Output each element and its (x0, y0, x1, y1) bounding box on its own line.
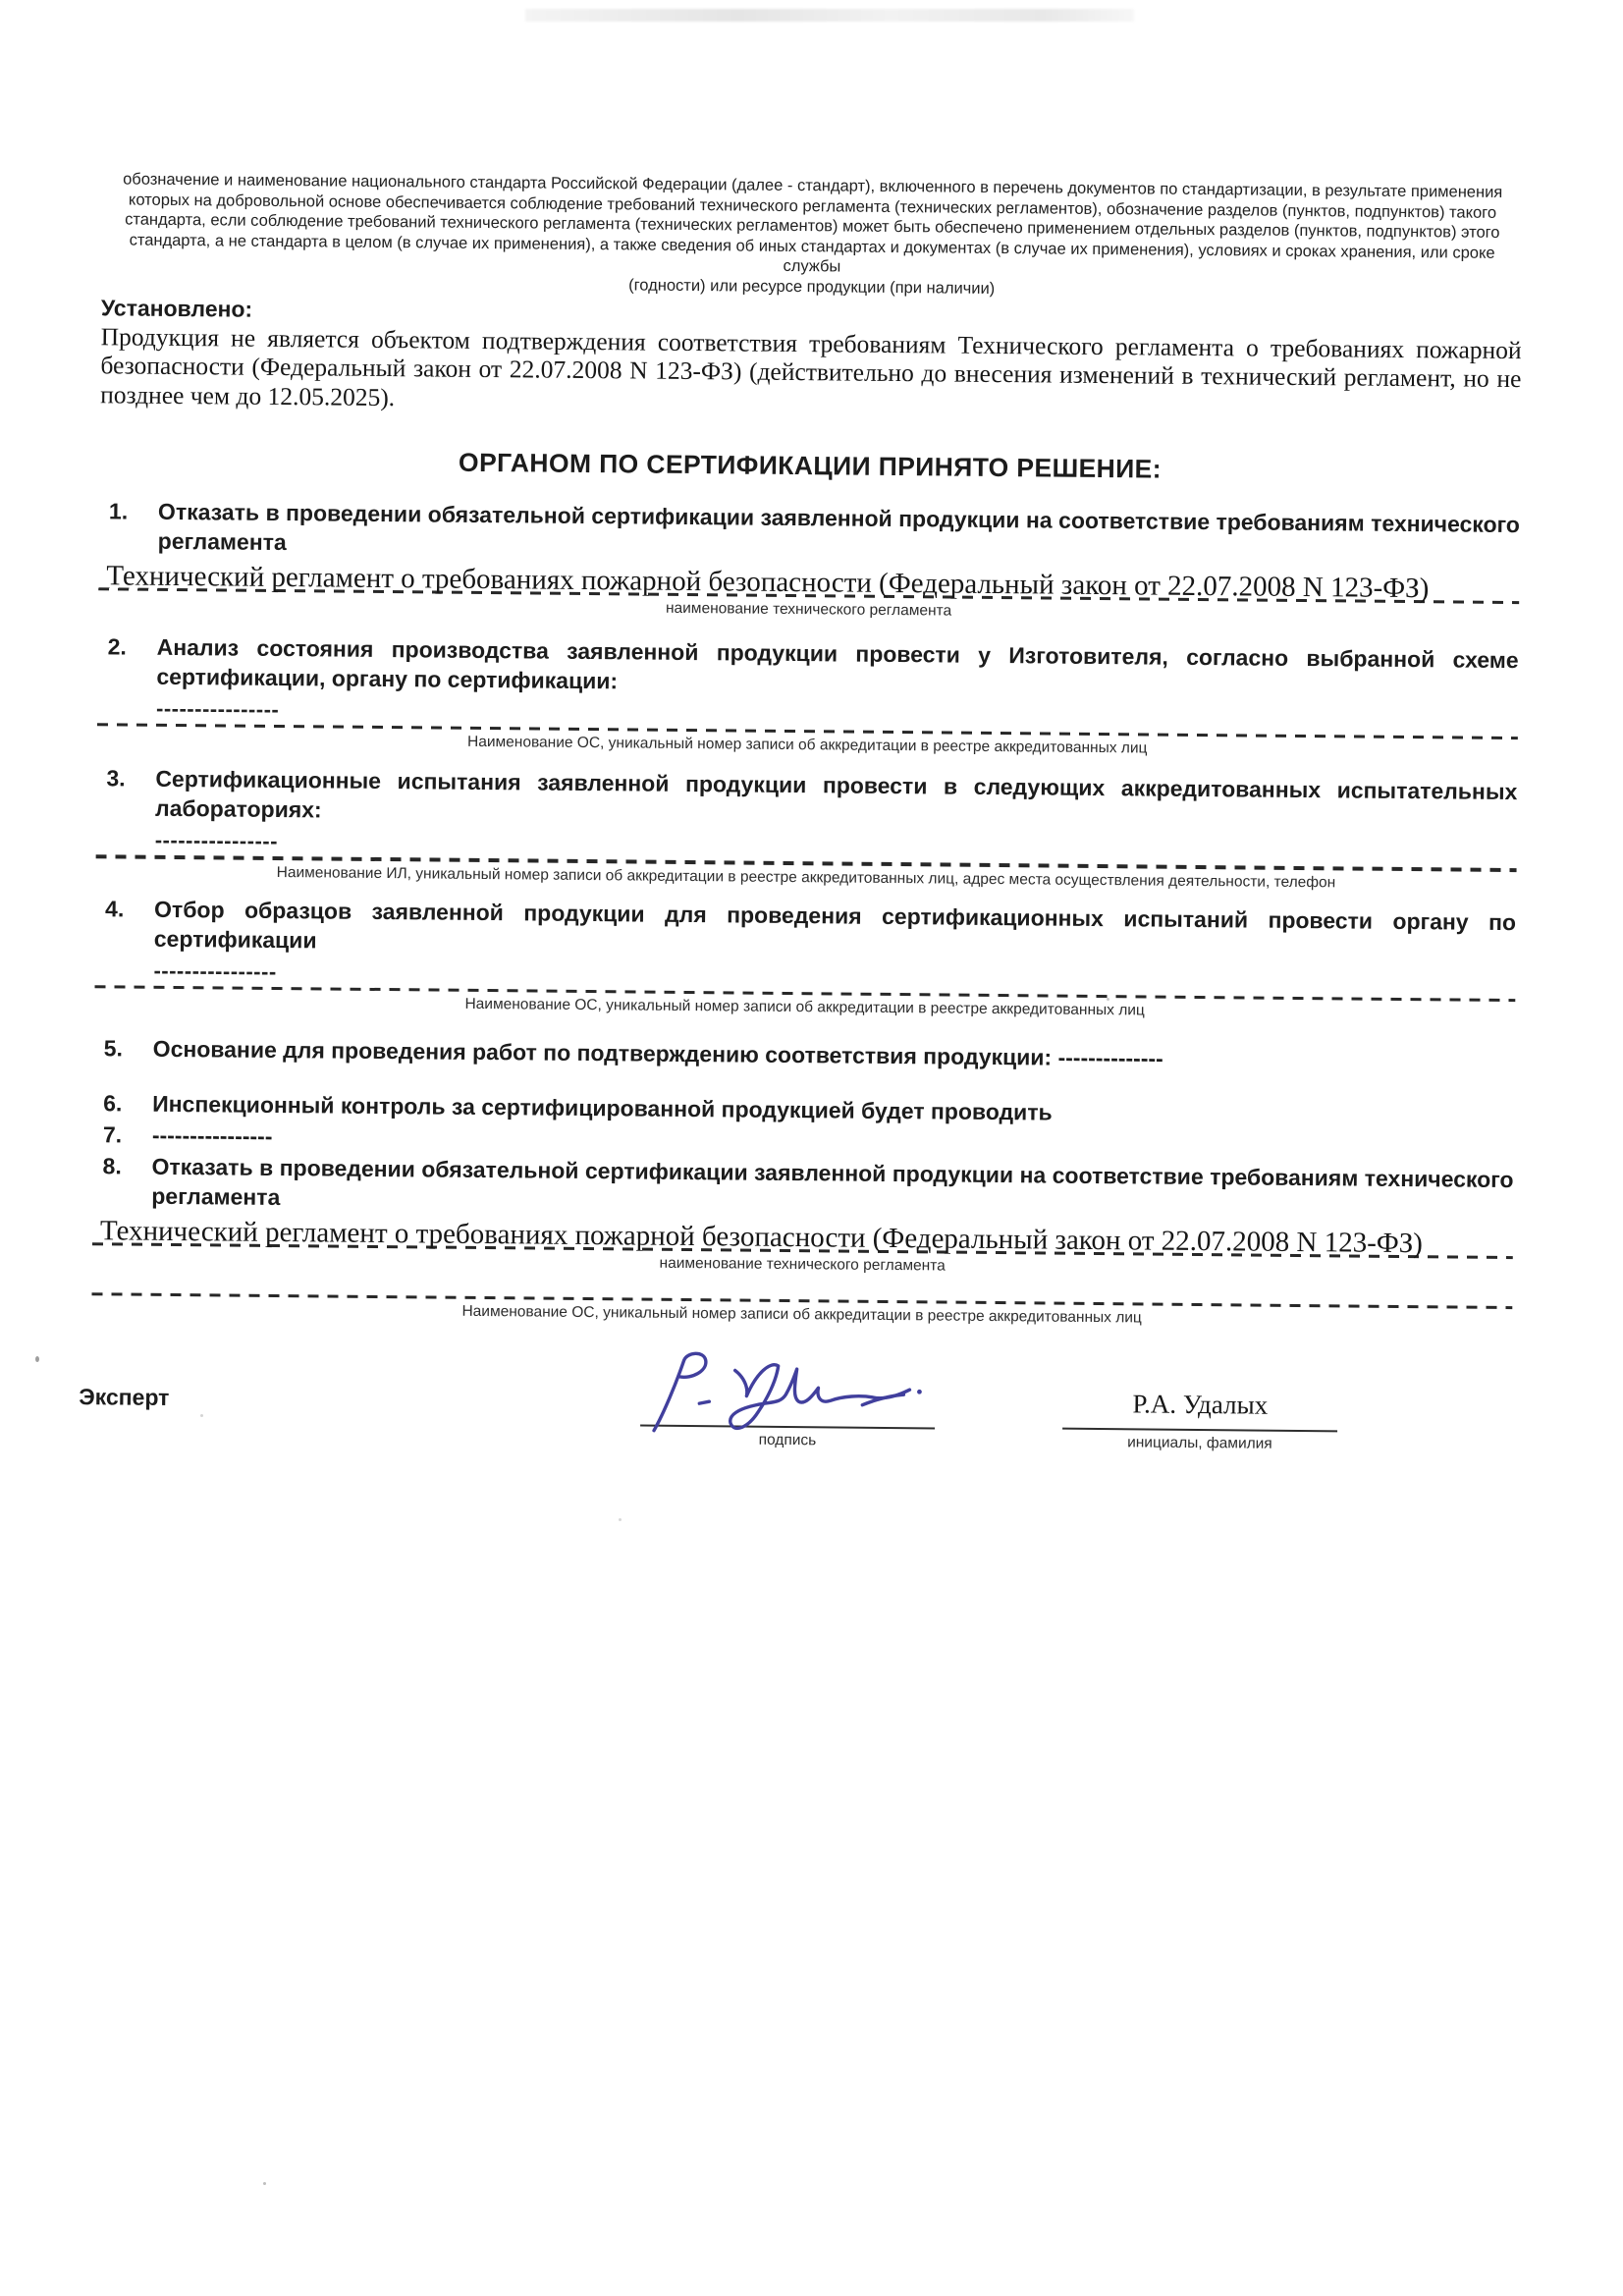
list-item-8: 8. Отказать в проведении обязательной се… (92, 1151, 1514, 1224)
scan-speck (263, 2182, 266, 2185)
name-caption: инициалы, фамилия (1062, 1433, 1337, 1454)
name-value: Р.А. Удалых (1062, 1388, 1337, 1422)
item-number: 3. (96, 764, 155, 794)
item-number: 2. (98, 631, 157, 662)
list-item-2: 2. Анализ состояния производства заявлен… (97, 631, 1519, 704)
item-text: Анализ состояния производства заявленной… (156, 632, 1519, 704)
item-number: 4. (95, 894, 154, 924)
item-text: Отказать в проведении обязательной серти… (158, 497, 1521, 569)
item-text: Отбор образцов заявленной продукции для … (154, 894, 1517, 965)
expert-label: Эксперт (79, 1384, 169, 1411)
document-content: обозначение и наименование национального… (0, 0, 1623, 1504)
item-number: 8. (92, 1151, 151, 1181)
established-text: Продукция не является объектом подтвержд… (100, 322, 1522, 422)
item-text: Сертификационные испытания заявленной пр… (155, 764, 1518, 836)
name-rule (1062, 1428, 1337, 1433)
list-item-1: 1. Отказать в проведении обязательной се… (99, 496, 1521, 569)
item-number: 1. (99, 496, 158, 526)
list-item-4: 4. Отбор образцов заявленной продукции д… (95, 894, 1517, 966)
list-item-3: 3. Сертификационные испытания заявленной… (96, 764, 1518, 837)
list-item-5: 5. Основание для проведения работ по под… (94, 1033, 1515, 1076)
item-number: 6. (93, 1088, 152, 1119)
name-block: Р.А. Удалых инициалы, фамилия (1062, 1388, 1338, 1454)
item-text: Отказать в проведении обязательной серти… (151, 1152, 1514, 1224)
decision-heading: ОРГАНОМ ПО СЕРТИФИКАЦИИ ПРИНЯТО РЕШЕНИЕ: (99, 444, 1520, 488)
scan-speck (619, 1518, 622, 1521)
item-number: 5. (94, 1033, 153, 1064)
signature-caption: подпись (640, 1430, 935, 1451)
decision-list: 1. Отказать в проведении обязательной се… (91, 496, 1520, 1331)
item-number: 7. (93, 1120, 152, 1150)
scanned-document-page: обозначение и наименование национального… (0, 0, 1623, 2296)
intro-note: обозначение и наименование национального… (101, 169, 1523, 303)
signature-section: Эксперт подпись Р.А. Удалых ин (89, 1342, 1511, 1503)
item-text: Основание для проведения работ по подтве… (153, 1034, 1515, 1076)
signature-block: подпись (640, 1348, 936, 1451)
signature-handwriting (640, 1348, 936, 1436)
